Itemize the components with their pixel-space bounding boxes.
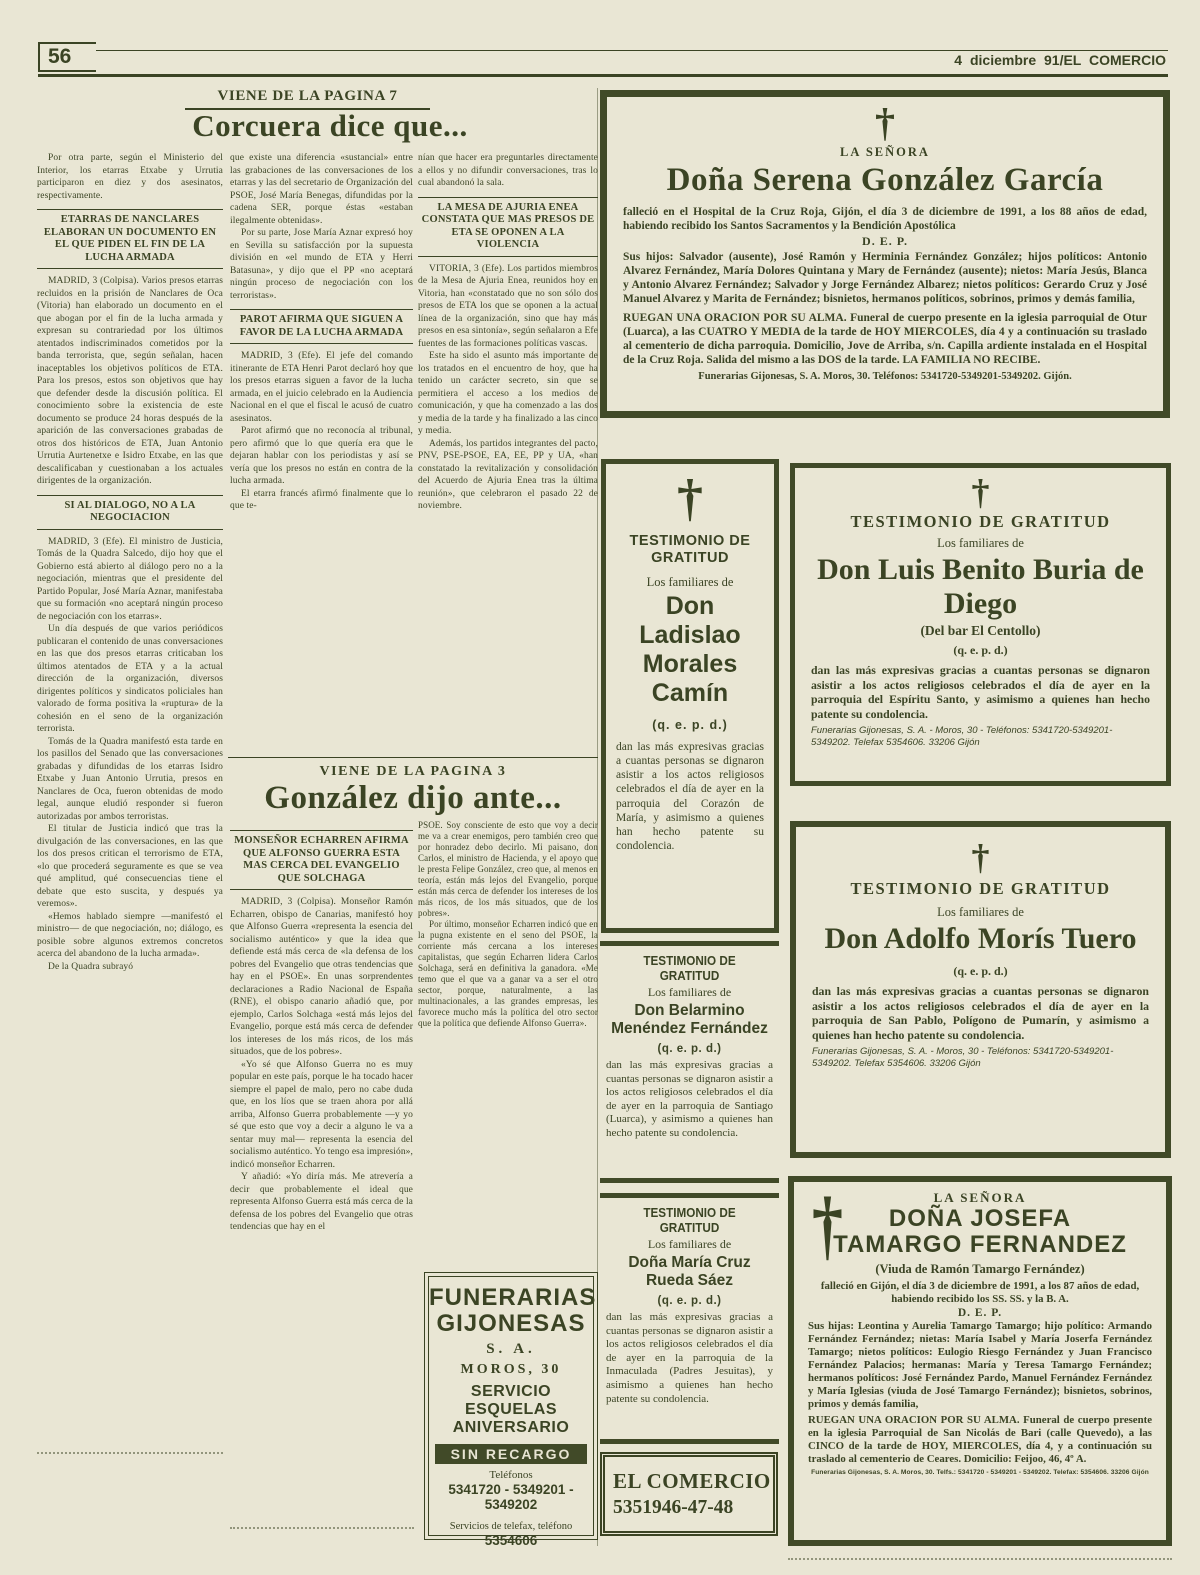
paragraph: De la Quadra subrayó (37, 961, 223, 974)
paragraph: Tomás de la Quadra manifestó esta tarde … (37, 736, 223, 824)
gratitude-luis-benito-buria: † TESTIMONIO DE GRATITUD Los familiares … (790, 463, 1171, 786)
gratitude-text: dan las más expresivas gracias a cuantas… (606, 1059, 773, 1141)
gratitude-belarmino-menendez: TESTIMONIO DE GRATITUD Los familiares de… (600, 941, 779, 1183)
family-list: Sus hijas: Leontina y Aurelia Tamargo Ta… (808, 1320, 1152, 1411)
familiares-line: Los familiares de (616, 575, 764, 590)
ad-phone-numbers: 5341720 - 5349201 - 5349202 (429, 1482, 593, 1512)
family-list: Sus hijos: Salvador (ausente), José Ramó… (623, 250, 1147, 306)
funeral-notice: RUEGAN UNA ORACION POR SU ALMA. Funeral … (623, 311, 1147, 367)
article2-column-b: PSOE. Soy consciente de esto que voy a d… (418, 820, 598, 1265)
ad-company-line1: FUNERARIAS (429, 1285, 593, 1311)
article1-column-1: Por otra parte, según el Ministerio del … (37, 152, 223, 1450)
deceased-name: Don Luis Benito Buria de Diego (811, 553, 1150, 621)
paragraph: MADRID, 3 (Colpisa). Varios presos etarr… (37, 275, 223, 488)
header-rule-thin (96, 50, 1168, 51)
paragraph: El titular de Justicia indicó que tras l… (37, 823, 223, 911)
subheading: SI AL DIALOGO, NO A LA NEGOCIACION (37, 495, 223, 530)
paragraph: Un día después de que varios periódicos … (37, 623, 223, 736)
paragraph: Por último, monseñor Echarren indicó que… (418, 919, 598, 1029)
widow-line: (Viuda de Ramón Tamargo Fernández) (808, 1262, 1152, 1277)
paragraph: VITORIA, 3 (Efe). Los partidos miembros … (418, 263, 598, 351)
gratitude-text: dan las más expresivas gracias a cuantas… (811, 663, 1150, 721)
paragraph: Y añadió: «Yo diría más. Me atrevería a … (230, 1171, 413, 1234)
ad-fax-label: Servicios de telefax, teléfono (429, 1521, 593, 1532)
ad-company-line2: GIJONESAS (429, 1311, 593, 1337)
familiares-line: Los familiares de (606, 985, 773, 1000)
article2-headline: González dijo ante... (228, 780, 598, 817)
familiares-line: Los familiares de (606, 1237, 773, 1252)
subheading: MONSEÑOR ECHARREN AFIRMA QUE ALFONSO GUE… (230, 830, 413, 890)
article2-kicker: VIENE DE LA PAGINA 3 (228, 764, 598, 780)
qepd-line: (q. e. p. d.) (606, 1043, 773, 1055)
paragraph: que existe una diferencia «sustancial» e… (230, 152, 413, 227)
qepd-line: (q. e. p. d.) (606, 1295, 773, 1307)
gratitude-title: TESTIMONIO DE GRATITUD (616, 533, 764, 567)
article1-kicker: VIENE DE LA PAGINA 7 (185, 88, 430, 110)
gratitude-text: dan las más expresivas gracias a cuantas… (616, 740, 764, 854)
dotted-rule (37, 1452, 223, 1454)
gratitude-title: TESTIMONIO DE GRATITUD (614, 1205, 764, 1235)
gratitude-text: dan las más expresivas gracias a cuantas… (606, 1311, 773, 1406)
ad-address: MOROS, 30 (429, 1362, 593, 1378)
ad-phones-label: Teléfonos (429, 1469, 593, 1481)
cross-icon: † (623, 105, 1147, 141)
cross-icon: † (812, 1190, 843, 1260)
article2-column-a: MONSEÑOR ECHARREN AFIRMA QUE ALFONSO GUE… (230, 830, 413, 1530)
deceased-name: Don Belarmino Menéndez Fernández (606, 1002, 773, 1038)
funeraria-footer: Funerarias Gijonesas, S. A. - Moros, 30 … (811, 725, 1150, 748)
paragraph: «Hemos hablado siempre —manifestó el min… (37, 911, 223, 961)
funeraria-footer: Funerarias Gijonesas, S. A. - Moros, 30 … (812, 1046, 1149, 1069)
dotted-rule (788, 1558, 1172, 1560)
paragraph: Parot afirmó que no reconocía al tribuna… (230, 425, 413, 488)
edition-date: 4 diciembre 91/EL COMERCIO (700, 52, 1166, 68)
funerarias-gijonesas-ad: FUNERARIAS GIJONESAS S. A. MOROS, 30 SER… (424, 1272, 598, 1540)
phone-number: 5351946-47-48 (613, 1497, 773, 1519)
ad-service-line2: ANIVERSARIO (429, 1419, 593, 1437)
qepd-line: (q. e. p. d.) (811, 643, 1150, 658)
familiares-line: Los familiares de (811, 536, 1150, 551)
deceased-name-line2: TAMARGO FERNANDEZ (808, 1232, 1152, 1258)
page-number: 56 (38, 42, 96, 72)
paragraph: MADRID, 3 (Colpisa). Monseñor Ramón Echa… (230, 896, 413, 1059)
ad-inner-frame: FUNERARIAS GIJONESAS S. A. MOROS, 30 SER… (428, 1276, 594, 1536)
gratitude-text: dan las más expresivas gracias a cuantas… (812, 984, 1149, 1042)
cross-icon: † (616, 476, 764, 523)
deceased-name: Don Adolfo Morís Tuero (812, 922, 1149, 956)
paragraph: PSOE. Soy consciente de esto que voy a d… (418, 820, 598, 919)
paragraph: nían que hacer era preguntarles directam… (418, 152, 598, 190)
funeral-notice: RUEGAN UNA ORACION POR SU ALMA. Funeral … (808, 1414, 1152, 1466)
article1-column-3: nían que hacer era preguntarles directam… (418, 152, 598, 764)
paragraph: Por su parte, Jose María Aznar expresó h… (230, 227, 413, 302)
gratitude-title: TESTIMONIO DE GRATITUD (811, 512, 1150, 532)
el-comercio-contact-box: EL COMERCIO 5351946-47-48 (600, 1452, 778, 1536)
deceased-name: Doña Serena González García (623, 162, 1147, 199)
familiares-line: Los familiares de (812, 905, 1149, 920)
ad-service-line1: SERVICIO ESQUELAS (429, 1383, 593, 1419)
gratitude-adolfo-moris: † TESTIMONIO DE GRATITUD Los familiares … (790, 821, 1171, 1158)
obituary-josefa-tamargo: † LA SEÑORA DOÑA JOSEFA TAMARGO FERNANDE… (788, 1176, 1172, 1546)
paragraph: MADRID, 3 (Efe). El ministro de Justicia… (37, 536, 223, 624)
article1-column-2: que existe una diferencia «sustancial» e… (230, 152, 413, 764)
newspaper-page: 56 4 diciembre 91/EL COMERCIO VIENE DE L… (0, 0, 1200, 1575)
gratitude-title: TESTIMONIO DE GRATITUD (614, 953, 764, 983)
subheading: ETARRAS DE NANCLARES ELABORAN UN DOCUMEN… (37, 209, 223, 269)
article2-top-rule (228, 757, 598, 758)
paragraph: El etarra francés afirmó finalmente que … (230, 488, 413, 513)
ad-badge: SIN RECARGO (435, 1444, 587, 1464)
ad-sa: S. A. (429, 1341, 593, 1358)
dep-line: D. E. P. (623, 234, 1147, 249)
paragraph: «Yo sé que Alfonso Guerra no es muy popu… (230, 1059, 413, 1172)
gratitude-ladislao-morales: † TESTIMONIO DE GRATITUD Los familiares … (601, 459, 779, 933)
paragraph: Este ha sido el asunto más importante de… (418, 350, 598, 438)
deceased-subtitle: (Del bar El Centollo) (811, 623, 1150, 639)
obituary-heading: LA SEÑORA (623, 145, 1147, 160)
cross-icon: † (811, 476, 1150, 508)
paragraph: Por otra parte, según el Ministerio del … (37, 152, 223, 202)
subheading: LA MESA DE AJURIA ENEA CONSTATA QUE MAS … (418, 197, 598, 257)
obituary-text: falleció en el Hospital de la Cruz Roja,… (623, 205, 1147, 233)
qepd-line: (q. e. p. d.) (812, 964, 1149, 979)
header-rule-thick (38, 74, 1168, 77)
article1-headline: Corcuera dice que... (140, 108, 520, 144)
obituary-text: falleció en Gijón, el día 3 de diciembre… (808, 1280, 1152, 1306)
gratitude-maria-cruz-rueda: TESTIMONIO DE GRATITUD Los familiares de… (600, 1193, 779, 1444)
dep-line: D. E. P. (808, 1307, 1152, 1319)
deceased-name: Doña María Cruz Rueda Sáez (606, 1254, 773, 1290)
ad-fax-number: 5354606 (429, 1533, 593, 1548)
obituary-serena-gonzalez: † LA SEÑORA Doña Serena González García … (600, 90, 1170, 418)
newspaper-name: EL COMERCIO (613, 1469, 773, 1494)
paragraph: Además, los partidos integrantes del pac… (418, 438, 598, 513)
funeraria-footer: Funerarias Gijonesas, S. A. Moros, 30. T… (623, 371, 1147, 382)
subheading: PAROT AFIRMA QUE SIGUEN A FAVOR DE LA LU… (230, 309, 413, 344)
funeraria-footer: Funerarias Gijonesas, S. A. Moros, 30. T… (808, 1469, 1152, 1476)
gratitude-title: TESTIMONIO DE GRATITUD (812, 879, 1149, 899)
paragraph: MADRID, 3 (Efe). El jefe del comando iti… (230, 350, 413, 425)
deceased-name: Don Ladislao Morales Camín (616, 592, 764, 708)
cross-icon: † (812, 841, 1149, 873)
obituary-heading: LA SEÑORA (808, 1190, 1152, 1206)
dotted-rule (230, 1527, 414, 1529)
qepd-line: (q. e. p. d.) (616, 718, 764, 732)
deceased-name-line1: DOÑA JOSEFA (808, 1206, 1152, 1232)
